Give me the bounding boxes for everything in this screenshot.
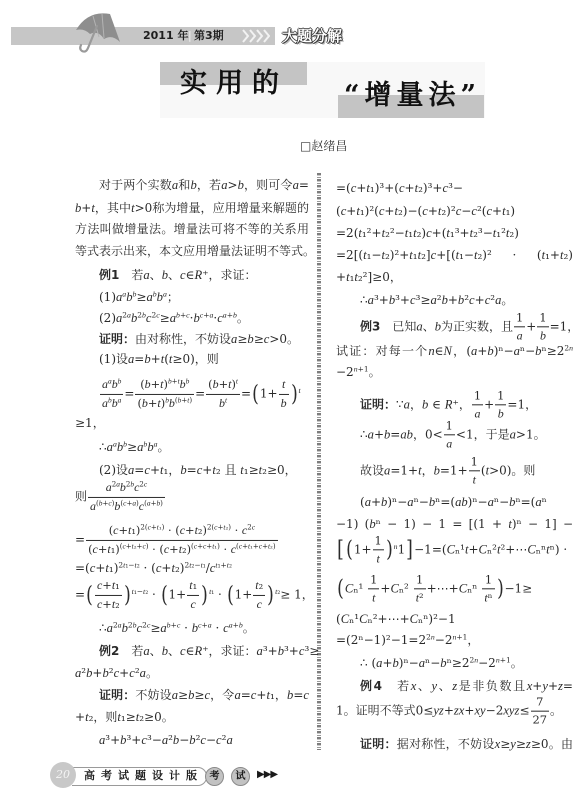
fraction: 1b xyxy=(537,310,548,343)
example-3-statement: −2n+1。 xyxy=(336,364,573,380)
fraction: 1a xyxy=(472,388,483,421)
arrows-icon: ▶▶▶ xyxy=(257,768,277,782)
umbrella-icon xyxy=(66,8,124,56)
equation-line: 则a2ab2bc2ca(b+c)b(c+a)c(a+b) xyxy=(75,480,309,514)
equation-line: aabbabba=(b+t)b+tbb(b+t)bb(b+t)=(b+t)tbt… xyxy=(99,377,309,411)
fraction: a2ab2bc2ca(b+c)b(c+a)c(a+b) xyxy=(88,480,165,514)
proof-3-conclusion: ∴ (a+b)ⁿ−aⁿ−bⁿ≥22n−2n+1。 xyxy=(360,655,573,671)
example-2-statement: a²b+b²c+c²a。 xyxy=(75,665,309,681)
fraction: (c+t₁)2(c+t₁) · (c+t₂)2(c+t₂) · c2c(c+t₁… xyxy=(86,523,278,557)
example-1-heading: 例1 若a、b、c∈R⁺，求证： xyxy=(99,267,309,283)
example-3-statement: 例3 已知a、b为正实数，且1a+1b=1， xyxy=(360,310,573,343)
fraction: 727 xyxy=(531,695,550,728)
example-1-part-1: (1)aabb≥abba； xyxy=(99,289,309,305)
fraction: aabbabba xyxy=(100,377,123,411)
proof-3-line: −1) (bⁿ − 1) − 1 = [(1 + t)ⁿ − 1] − xyxy=(336,516,573,532)
section-label: 大题分解 xyxy=(282,26,342,46)
chevrons-icon xyxy=(242,28,270,44)
proof-1-conclusion: ∴aabb≥abba。 xyxy=(99,439,309,455)
proof-2-line: =2(t₁²+t₂²−t₁t₂)c+(t₁³+t₂³−t₁²t₂) xyxy=(336,225,573,241)
page-number: 20 xyxy=(50,768,76,782)
proof-3-line: ∴a+b=ab，0<1a<1，于是a>1。 xyxy=(360,418,573,451)
article-title-part-2: “增量法” xyxy=(344,80,481,112)
proof-1-conclusion: ∴a2ab2bc2c≥ab+c · bc+a · ca+b。 xyxy=(99,620,309,636)
example-3-statement: 试证：对每一个n∈N，(a+b)ⁿ−aⁿ−bⁿ≥22n xyxy=(336,343,573,359)
proof-1-line: (2)设a=c+t₁，b=c+t₂ 且 t₁≥t₂≥0， xyxy=(99,462,309,478)
proof-1-line: (1)设a=b+t(t≥0)，则 xyxy=(99,351,309,367)
example-2-statement: 例2 若a、b、c∈R⁺，求证：a³+b³+c³≥ xyxy=(99,643,309,659)
equation-line: =(c+t₁c+t₂)t₁−t₂ · (1+t₁c)t₁ · (1+t₂c)t₂… xyxy=(75,578,309,612)
issue-year: 2011 年 xyxy=(143,29,188,43)
brand-badge: 试 xyxy=(231,767,250,786)
header-divider: | xyxy=(188,29,192,43)
fraction: t₁c xyxy=(187,578,199,612)
equation-line: a³+b³+c³−a²b−b²c−c²a xyxy=(99,732,309,748)
equation-line: =(c+t₁)2t₁−t₂ · (c+t₂)2t₂−t₁/ct₁+t₂ xyxy=(75,560,309,576)
intro-paragraph-line: 等式表示出来，本文应用增量法证明不等式。 xyxy=(75,243,309,259)
author-name: □赵绪昌 xyxy=(300,139,347,153)
proof-2-line: (c+t₁)²(c+t₂)−(c+t₂)²c−c²(c+t₁) xyxy=(336,203,573,219)
fraction: 1t xyxy=(368,572,379,605)
magazine-page: 2011 年 | 第3期 大题分解 实用的 “增量法” □赵绪昌 对于两个实数a… xyxy=(0,0,581,800)
fraction: c+t₁c+t₂ xyxy=(95,578,122,612)
example-4-statement: 例4 若x、y、z是非负数且x+y+z= xyxy=(360,678,573,694)
proof-2-conclusion: ∴a³+b³+c³≥a²b+b²c+c²a。 xyxy=(360,292,573,308)
equation-line: =(2ⁿ−1)²−1=22n−2n+1， xyxy=(336,632,573,648)
equation-line: (Cₙ¹Cₙ²+⋯+Cₙⁿ)²−1 xyxy=(336,611,573,627)
proof-4-line: 证明：据对称性，不妨设x≥y≥z≥0。由 xyxy=(360,736,573,752)
fraction: t₂c xyxy=(253,578,265,612)
column-divider xyxy=(317,173,321,750)
proof-2-line: =(c+t₁)³+(c+t₂)³+c³− xyxy=(336,180,573,196)
fraction: 1a xyxy=(514,310,525,343)
example-4-statement: 1。证明不等式0≤yz+zx+xy−2xyz≤727。 xyxy=(336,695,573,728)
fraction: (b+t)b+tbb(b+t)bb(b+t) xyxy=(135,377,194,411)
proof-1-intro: 证明：由对称性，不妨设a≥b≥c>0。 xyxy=(99,331,309,347)
proof-2-line: =2[(t₁−t₂)²+t₁t₂]c+[(t₁−t₂)² · (t₁+t₂) xyxy=(336,247,573,263)
intro-paragraph-line: b+t，其中t>0称为增量，应用增量来解题的 xyxy=(75,200,309,216)
equation-line: =(c+t₁)2(c+t₁) · (c+t₂)2(c+t₂) · c2c(c+t… xyxy=(75,523,309,557)
proof-2-line: +t₂，则t₁≥t₂≥0。 xyxy=(75,709,309,725)
article-title-part-1: 实用的 xyxy=(180,68,288,100)
intro-paragraph-line: 对于两个实数a和b，若a>b，则可令a= xyxy=(99,177,309,193)
brand-badge: 考 xyxy=(205,767,224,786)
equation-line: (Cₙ¹ 1t+Cₙ² 1t²+⋯+Cₙⁿ 1tⁿ)−1≥ xyxy=(336,572,573,605)
equation-line: [(1+1t)n1]−1=(Cₙ¹t+Cₙ²t²+⋯Cₙⁿtⁿ) · xyxy=(336,533,573,566)
proof-2-line: 证明：不妨设a≥b≥c，令a=c+t₁，b=c xyxy=(99,687,309,703)
equation-line: ≥1， xyxy=(75,415,309,431)
proof-3-line: (a+b)ⁿ−aⁿ−bⁿ=(ab)ⁿ−aⁿ−bⁿ=(aⁿ xyxy=(360,494,573,510)
proof-3-line: 证明：∵a，b ∈ R⁺，1a+1b=1， xyxy=(360,388,573,421)
fraction: 1t xyxy=(373,533,384,566)
fraction: 1t xyxy=(469,454,480,487)
fraction: 1t² xyxy=(414,572,426,605)
example-1-part-2: (2)a2ab2bc2c≥ab+c·bc+a·ca+b。 xyxy=(99,310,309,326)
issue-number: 第3期 xyxy=(194,29,224,43)
fraction: 1a xyxy=(444,418,455,451)
edition-label: 高考试题设计版 xyxy=(84,769,203,783)
intro-paragraph-line: 方法叫做增量法。增量法可将不等的关系用 xyxy=(75,221,309,237)
fraction: 1tⁿ xyxy=(482,572,494,605)
fraction: 1b xyxy=(495,388,506,421)
proof-3-line: 故设a=1+t，b=1+1t(t>0)。则 xyxy=(360,454,573,487)
fraction: tb xyxy=(279,377,289,411)
proof-2-line: +t₁t₂²]≥0， xyxy=(336,269,573,285)
fraction: (b+t)tbt xyxy=(206,377,240,411)
